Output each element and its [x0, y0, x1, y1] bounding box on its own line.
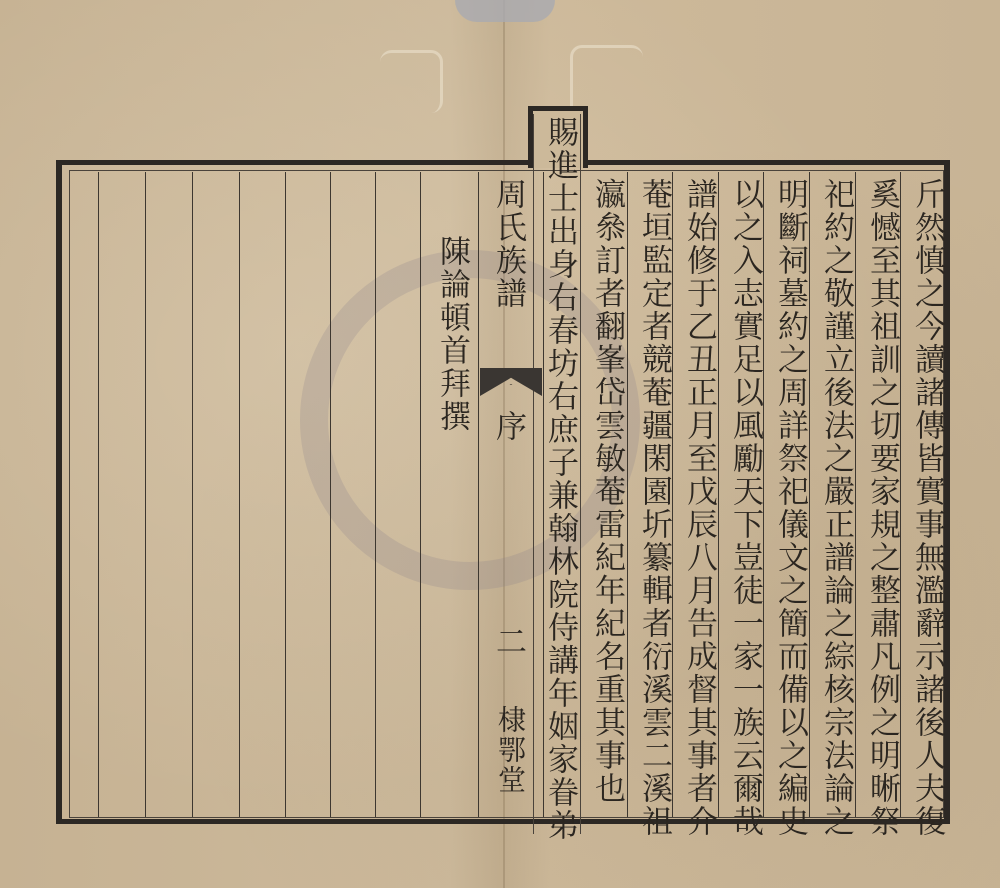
- column-rule: [375, 172, 376, 817]
- column-rule: [627, 172, 628, 817]
- signature: 陳論頓首拜撰: [432, 235, 472, 433]
- page-number: 二: [488, 625, 528, 658]
- column-rule: [192, 172, 193, 817]
- preface-column-2: 奚憾至其祖訓之切要家規之整肅凡例之明晰祭: [862, 178, 902, 838]
- preface-column-3: 祀約之敬謹立後法之嚴正譜論之綜核宗法論之: [816, 178, 856, 838]
- hall-name: 棣鄂堂: [490, 705, 530, 795]
- preface-column-7: 菴垣監定者競菴疆閑園圻纂輯者衍溪雲二溪祖: [634, 178, 674, 838]
- section-label: 序: [488, 410, 528, 443]
- column-rule: [330, 172, 331, 817]
- preface-column-6: 譜始修于乙丑正月至戊辰八月告成督其事者介: [679, 178, 719, 838]
- column-rule: [239, 172, 240, 817]
- column-rule: [478, 172, 479, 817]
- preface-column-8: 瀛叅訂者翻峯岱雲敏菴雷紀年紀名重其事也: [587, 178, 627, 805]
- column-rule: [420, 172, 421, 817]
- column-rule: [145, 172, 146, 817]
- preface-column-4: 明斷祠墓約之周詳祭祀儀文之簡而備以之編史: [770, 178, 810, 838]
- author-title-column: 賜進士出身右春坊右庶子兼翰林院侍講年姻家眷弟: [540, 116, 580, 842]
- wormhole-trace: [380, 50, 443, 113]
- column-rule: [98, 172, 99, 817]
- column-rule: [285, 172, 286, 817]
- preface-column-1: 斤然慎之今讀諸傳皆實事無濫辭示諸後人夫復: [907, 178, 947, 838]
- preface-column-5: 以之入志實足以風勵天下豈徒一家一族云爾哉: [725, 178, 765, 838]
- book-title: 周氏族譜: [488, 178, 528, 310]
- paper-tear: [455, 0, 555, 22]
